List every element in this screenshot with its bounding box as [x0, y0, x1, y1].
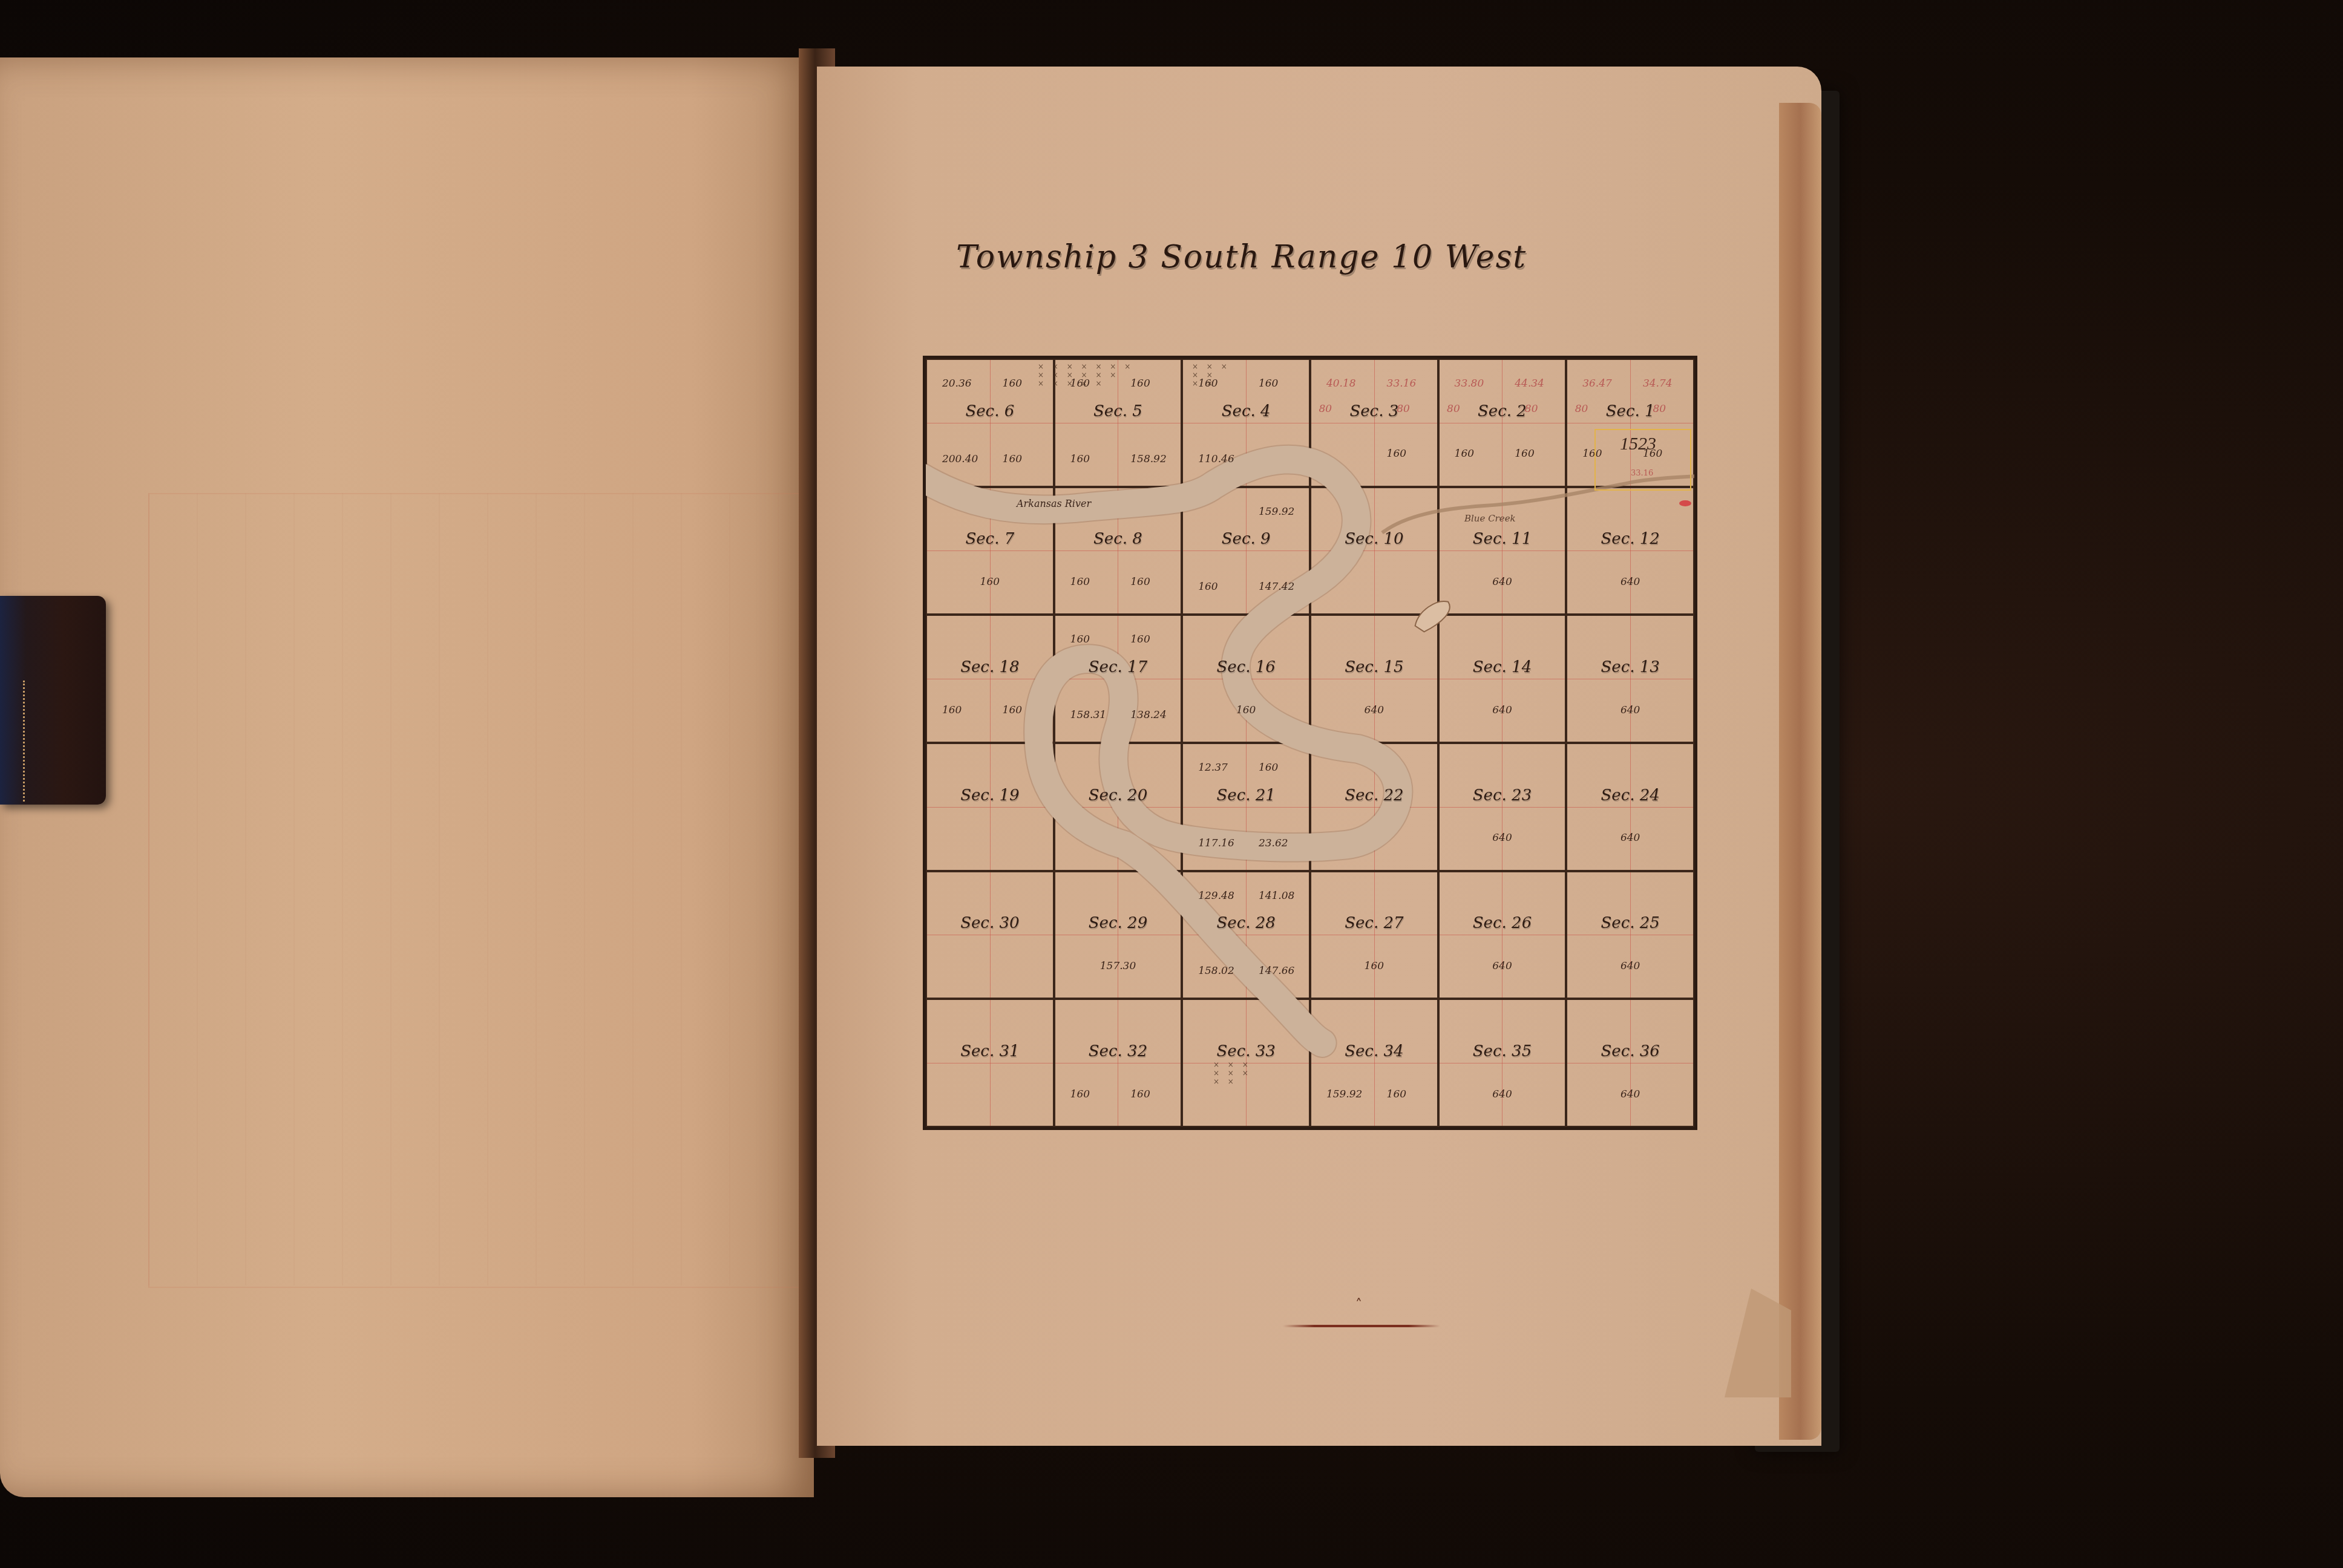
section-label: Sec. 22 — [1311, 786, 1437, 805]
section-label: Sec. 25 — [1567, 914, 1693, 932]
acreage-value: 640 — [1567, 704, 1693, 716]
lot-subdivision-red: 80 — [1525, 403, 1538, 415]
acreage-value: 200.40 — [942, 453, 978, 465]
acreage-value: 138.24 — [1130, 709, 1166, 721]
acreage-value: 129.48 — [1198, 890, 1234, 902]
section-35: Sec. 35640 — [1438, 999, 1567, 1127]
section-label: Sec. 18 — [927, 658, 1053, 676]
acreage-value: 158.02 — [1198, 965, 1234, 977]
section-label: Sec. 16 — [1183, 658, 1309, 676]
section-16: Sec. 16160 — [1182, 615, 1310, 743]
acreage-value: 160 — [1130, 576, 1150, 588]
section-label: Sec. 28 — [1183, 914, 1309, 932]
section-label: Sec. 19 — [927, 786, 1053, 805]
section-22: Sec. 22 — [1310, 743, 1438, 871]
acreage-value: 160 — [1070, 576, 1090, 588]
acreage-value: 117.16 — [1198, 837, 1234, 849]
acreage-value: 159.92 — [1259, 506, 1294, 518]
lot-acreage-red: 33.80 — [1455, 377, 1484, 390]
section-label: Sec. 6 — [927, 402, 1053, 420]
acreage-value: 12.37 — [1198, 762, 1228, 774]
section-32: Sec. 32160160 — [1054, 999, 1182, 1127]
section-label: Sec. 33 — [1183, 1042, 1309, 1060]
section-15: Sec. 15640 — [1310, 615, 1438, 743]
acreage-value: 640 — [1440, 576, 1565, 588]
section-label: Sec. 31 — [927, 1042, 1053, 1060]
creek-label: Blue Creek — [1464, 513, 1516, 524]
acreage-value: 157.30 — [1055, 960, 1181, 972]
section-11: Sec. 11640 — [1438, 487, 1567, 615]
section-13: Sec. 13640 — [1566, 615, 1694, 743]
acreage-value: 160 — [1070, 1088, 1090, 1100]
acreage-value: 160 — [1259, 762, 1278, 774]
acreage-value: 640 — [1567, 576, 1693, 588]
plat-title: Township 3 South Range 10 West — [956, 239, 1527, 275]
section-label: Sec. 9 — [1183, 530, 1309, 548]
acreage-value: 640 — [1440, 832, 1565, 844]
section-28: Sec. 28129.48141.08158.02147.66 — [1182, 871, 1310, 999]
lot-acreage-red: 44.34 — [1515, 377, 1544, 390]
acreage-value: 160 — [1130, 1088, 1150, 1100]
acreage-value: 158.92 — [1130, 453, 1166, 465]
acreage-value: 640 — [1567, 1088, 1693, 1100]
acreage-value: 159.92 — [1326, 1088, 1362, 1100]
section-19: Sec. 19 — [926, 743, 1054, 871]
section-label: Sec. 11 — [1440, 530, 1565, 548]
section-24: Sec. 24640 — [1566, 743, 1694, 871]
acreage-value: 640 — [1311, 704, 1437, 716]
acreage-value: 640 — [1567, 960, 1693, 972]
acreage-value: 160 — [1387, 448, 1406, 460]
acreage-value: 640 — [1567, 832, 1693, 844]
acreage-value: 160 — [1515, 448, 1534, 460]
river-label: Arkansas River — [1017, 498, 1091, 509]
parcel-number: 1523 — [1620, 434, 1656, 454]
red-ink-mark — [1679, 500, 1691, 506]
section-label: Sec. 24 — [1567, 786, 1693, 805]
acreage-value: 160 — [1387, 1088, 1406, 1100]
acreage-value: 640 — [1440, 960, 1565, 972]
acreage-value: 640 — [1440, 1088, 1565, 1100]
parcel-sub-value: 33.16 — [1631, 469, 1653, 478]
section-9: Sec. 9159.92160147.42 — [1182, 487, 1310, 615]
lot-subdivision-red: 80 — [1319, 403, 1332, 415]
acreage-value: 640 — [1440, 704, 1565, 716]
section-label: Sec. 20 — [1055, 786, 1181, 805]
left-page-margin-rule — [148, 493, 803, 1288]
section-label: Sec. 12 — [1567, 530, 1693, 548]
section-label: Sec. 14 — [1440, 658, 1565, 676]
section-29: Sec. 29157.30 — [1054, 871, 1182, 999]
acreage-value: 160 — [1130, 633, 1150, 645]
acreage-value: 141.08 — [1259, 890, 1294, 902]
marsh-symbol-icon: × × × × × × ×× × × × × ×× × × × × — [1038, 362, 1133, 388]
section-label: Sec. 10 — [1311, 530, 1437, 548]
section-label: Sec. 34 — [1311, 1042, 1437, 1060]
marsh-symbol-icon: × × ×× ×× × — [1192, 362, 1230, 388]
acreage-value: 160 — [1070, 633, 1090, 645]
section-20: Sec. 20 — [1054, 743, 1182, 871]
section-26: Sec. 26640 — [1438, 871, 1567, 999]
acreage-value: 160 — [942, 704, 962, 716]
acreage-value: 23.62 — [1259, 837, 1288, 849]
section-10: Sec. 10 — [1310, 487, 1438, 615]
section-36: Sec. 36640 — [1566, 999, 1694, 1127]
section-21: Sec. 2112.37160117.1623.62 — [1182, 743, 1310, 871]
bookmark-tab[interactable] — [0, 596, 106, 805]
section-grid: Sec. 620.36160200.40160Sec. 516016016015… — [926, 359, 1694, 1127]
section-23: Sec. 23640 — [1438, 743, 1567, 871]
section-31: Sec. 31 — [926, 999, 1054, 1127]
bookmark-stitching — [23, 681, 27, 802]
acreage-value: 160 — [1183, 704, 1309, 716]
township-plat: Sec. 620.36160200.40160Sec. 516016016015… — [923, 356, 1697, 1130]
bottom-rule-line — [1283, 1325, 1440, 1327]
section-label: Sec. 17 — [1055, 658, 1181, 676]
acreage-value: 147.66 — [1259, 965, 1294, 977]
section-label: Sec. 29 — [1055, 914, 1181, 932]
acreage-value: 110.46 — [1198, 453, 1234, 465]
acreage-value: 160 — [1259, 377, 1278, 390]
lot-subdivision-red: 80 — [1447, 403, 1460, 415]
section-27: Sec. 27160 — [1310, 871, 1438, 999]
left-page: illegible offset writing — [0, 57, 814, 1497]
section-label: Sec. 13 — [1567, 658, 1693, 676]
section-2: Sec. 216016033.8044.348080 — [1438, 359, 1567, 487]
acreage-value: 160 — [1455, 448, 1474, 460]
lot-subdivision-red: 80 — [1397, 403, 1410, 415]
acreage-value: 158.31 — [1070, 709, 1106, 721]
lot-acreage-red: 33.16 — [1387, 377, 1417, 390]
lot-acreage-red: 36.47 — [1582, 377, 1612, 390]
acreage-value: 160 — [1003, 704, 1022, 716]
section-25: Sec. 25640 — [1566, 871, 1694, 999]
section-12: Sec. 12640 — [1566, 487, 1694, 615]
section-17: Sec. 17160160158.31138.24 — [1054, 615, 1182, 743]
acreage-value: 160 — [1003, 377, 1022, 390]
acreage-value: 147.42 — [1259, 581, 1294, 593]
lot-acreage-red: 40.18 — [1326, 377, 1356, 390]
section-14: Sec. 14640 — [1438, 615, 1567, 743]
page-fore-edge — [1779, 103, 1821, 1440]
page-mark: ˄ — [1355, 1298, 1362, 1313]
section-label: Sec. 36 — [1567, 1042, 1693, 1060]
section-label: Sec. 5 — [1055, 402, 1181, 420]
acreage-value: 160 — [1198, 581, 1217, 593]
section-label: Sec. 30 — [927, 914, 1053, 932]
section-30: Sec. 30 — [926, 871, 1054, 999]
acreage-value: 160 — [1311, 960, 1437, 972]
section-34: Sec. 34159.92160 — [1310, 999, 1438, 1127]
section-label: Sec. 27 — [1311, 914, 1437, 932]
section-label: Sec. 21 — [1183, 786, 1309, 805]
bleed-through-text: illegible offset writing — [259, 263, 733, 342]
section-label: Sec. 15 — [1311, 658, 1437, 676]
section-label: Sec. 35 — [1440, 1042, 1565, 1060]
section-label: Sec. 32 — [1055, 1042, 1181, 1060]
section-label: Sec. 7 — [927, 530, 1053, 548]
section-label: Sec. 26 — [1440, 914, 1565, 932]
lot-acreage-red: 34.74 — [1643, 377, 1673, 390]
section-3: Sec. 316040.1833.168080 — [1310, 359, 1438, 487]
highlighted-parcel-box: 1523 33.16 — [1594, 429, 1691, 491]
section-label: Sec. 23 — [1440, 786, 1565, 805]
section-6: Sec. 620.36160200.40160 — [926, 359, 1054, 487]
acreage-value: 160 — [927, 576, 1053, 588]
acreage-value: 160 — [1003, 453, 1022, 465]
marsh-symbol-icon: × × ×× × ×× × — [1213, 1060, 1251, 1086]
acreage-value: 20.36 — [942, 377, 972, 390]
lot-subdivision-red: 80 — [1653, 403, 1666, 415]
lot-subdivision-red: 80 — [1575, 403, 1588, 415]
section-label: Sec. 4 — [1183, 402, 1309, 420]
acreage-value: 160 — [1070, 453, 1090, 465]
section-label: Sec. 8 — [1055, 530, 1181, 548]
section-18: Sec. 18160160 — [926, 615, 1054, 743]
